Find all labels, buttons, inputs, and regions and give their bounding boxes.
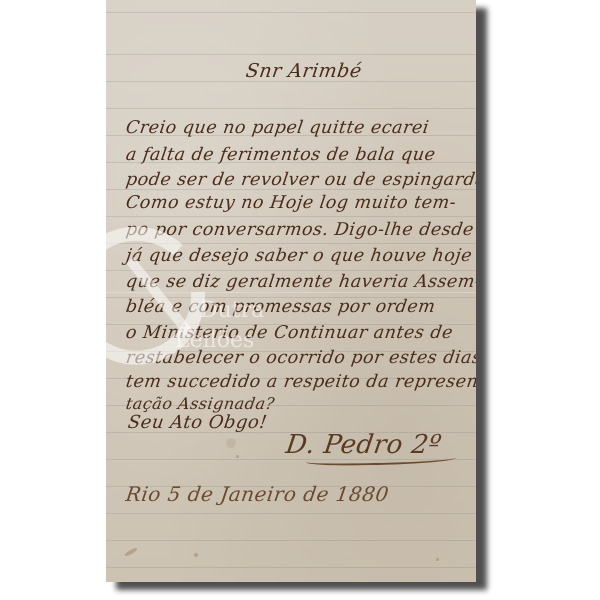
- body-line: já que desejo saber o que houve hoje e o: [125, 246, 476, 266]
- body-line: tação Assignada?: [125, 394, 276, 413]
- watermark-text-line1: Dutra: [200, 300, 264, 322]
- closing-line: Seu Ato Obgo!: [127, 412, 269, 433]
- body-line: pode ser de revolver ou de espingarda.: [125, 170, 476, 190]
- ink-speck: [236, 455, 239, 458]
- ink-speck: [194, 553, 198, 557]
- body-line: bléa e com promessas por ordem: [125, 297, 437, 317]
- dateline: Rio 5 de Janeiro de 1880: [124, 482, 390, 506]
- ink-speck: [436, 558, 439, 561]
- body-line: tem succedido a respeito da represen-: [125, 372, 476, 392]
- body-line: a falta de ferimentos de bala que: [125, 145, 437, 165]
- watermark-text-line2: Leilões: [175, 330, 254, 352]
- body-line: que se diz geralmente haveria Assem-: [125, 272, 476, 292]
- paper-fold: [106, 292, 476, 293]
- body-line: Creio que no papel quitte ecarei: [125, 118, 431, 138]
- body-line: Como estuy no Hoje log muito tem-: [125, 193, 458, 213]
- image-stage: Snr Arimbé Creio que no papel quitte eca…: [0, 0, 600, 600]
- body-line: po por conversarmos. Digo-lhe desde: [125, 220, 476, 240]
- foxing-spot: [226, 438, 236, 448]
- letter-paper: Snr Arimbé Creio que no papel quitte eca…: [106, 0, 476, 582]
- salutation: Snr Arimbé: [244, 60, 363, 82]
